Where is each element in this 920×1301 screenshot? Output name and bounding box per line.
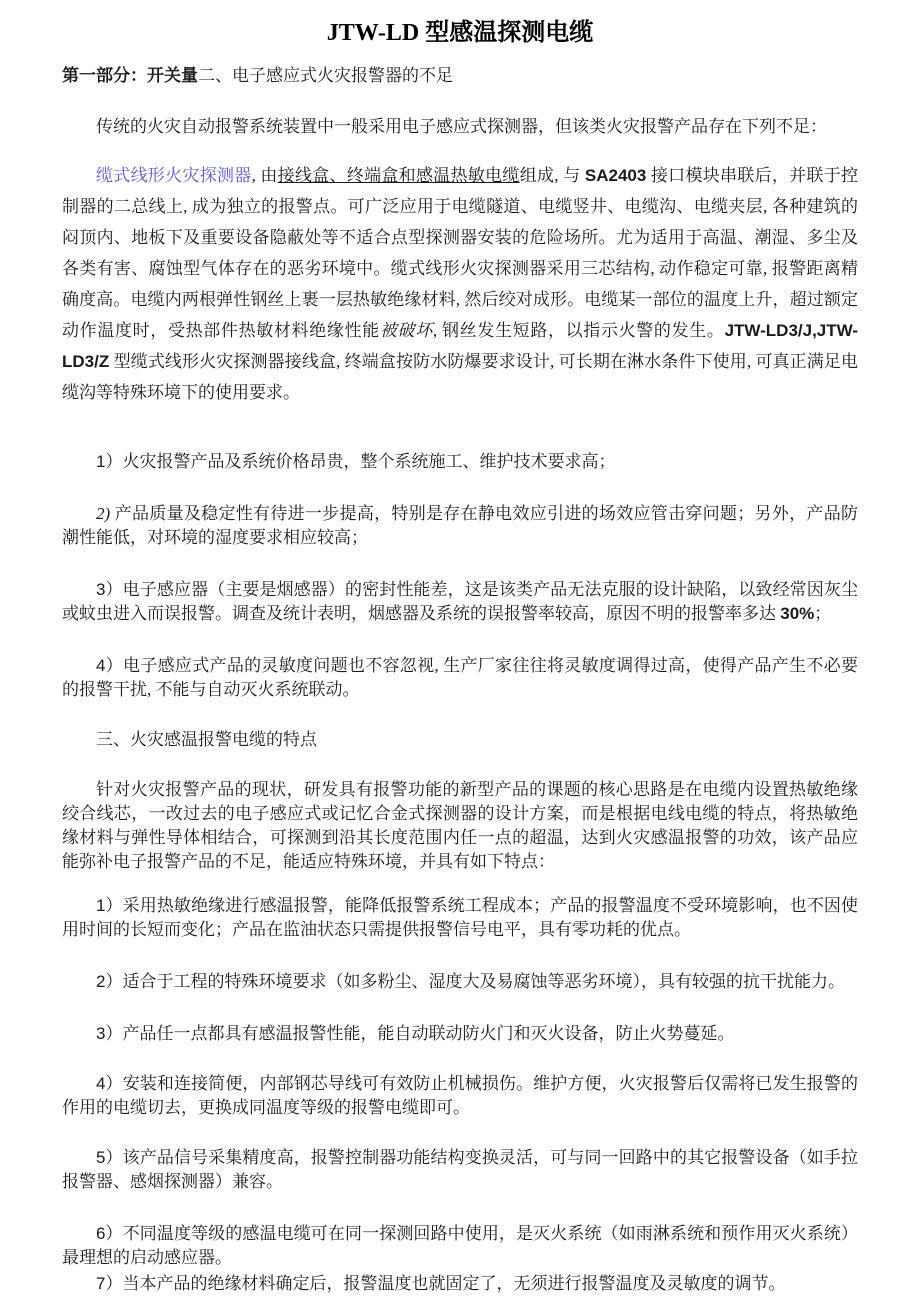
shortcoming-item-3: 3）电子感应器（主要是烟感器）的密封性能差，这是该类产品无法克服的设计缺陷，以致… [62,578,858,626]
shortcoming-item-4: 4）电子感应式产品的灵敏度问题也不容忽视, 生产厂家往往将灵敏度调得过高，使得产… [62,654,858,702]
feature-6-text: 不同温度等级的感温电缆可在同一探测回路中使用，是灭火系统（如雨淋系统和预作用灭火… [62,1224,858,1267]
section3-paragraph: 针对火灾报警产品的现状，研发具有报警功能的新型产品的课题的核心思路是在电缆内设置… [62,778,858,874]
feature-1-number: 1） [96,896,123,915]
shortcoming-2-text: 产品质量及稳定性有待进一步提高，特别是存在静电效应引进的场效应管击穿问题；另外，… [62,504,858,547]
part1-subheading: 二、电子感应式火灾报警器的不足 [198,66,453,85]
shortcoming-item-1: 1）火灾报警产品及系统价格昂贵，整个系统施工、维护技术要求高； [62,450,858,474]
feature-item-4: 4）安装和连接简便，内部钢芯导线可有效防止机械损伤。维护方便，火灾报警后仅需将已… [62,1072,858,1120]
feature-item-5: 5）该产品信号采集精度高，报警控制器功能结构变换灵活，可与同一回路中的其它报警设… [62,1146,858,1194]
feature-2-text: 适合于工程的特殊环境要求（如多粉尘、湿度大及易腐蚀等恶劣环境），具有较强的抗干扰… [122,972,845,991]
cable-detector-paragraph: 缆式线形火灾探测器, 由接线盒、终端盒和感温热敏电缆组成, 与 SA2403 接… [62,160,858,408]
feature-4-number: 4） [96,1074,123,1093]
feature-item-7: 7）当本产品的绝缘材料确定后，报警温度也就固定了，无须进行报警温度及灵敏度的调节… [62,1272,858,1296]
feature-6-number: 6） [96,1224,123,1243]
feature-3-text: 产品任一点都具有感温报警性能，能自动联动防火门和灭火设备，防止火势蔓延。 [122,1024,734,1043]
shortcoming-3-percentage: 30% [780,604,814,623]
damaged-italic-text: 被破坏 [380,321,433,340]
shortcoming-2-number: 2) [96,504,115,523]
feature-item-3: 3）产品任一点都具有感温报警性能，能自动联动防火门和灭火设备，防止火势蔓延。 [62,1022,858,1046]
interface-module-code: SA2403 [585,166,646,185]
cable-detector-link[interactable]: 缆式线形火灾探测器 [96,166,252,185]
cable-para-seg2: 组成, 与 [520,166,585,185]
cable-components-underlined: 接线盒、终端盒和感温热敏电缆 [278,166,520,185]
feature-7-number: 7） [96,1274,122,1293]
shortcoming-1-text: 火灾报警产品及系统价格昂贵，整个系统施工、维护技术要求高； [122,452,615,471]
section3-heading: 三、火灾感温报警电缆的特点 [62,728,858,752]
document-title: JTW-LD 型感温探测电缆 [62,18,858,48]
cable-para-seg4: , 钢丝发生短路，以指示火警的发生。 [433,321,725,340]
feature-3-number: 3） [96,1024,122,1043]
feature-4-text: 安装和连接简便，内部钢芯导线可有效防止机械损伤。维护方便，火灾报警后仅需将已发生… [62,1074,858,1117]
cable-para-seg5: 型缆式线形火灾探测器接线盒, 终端盒按防水防爆要求设计, 可长期在淋水条件下使用… [62,352,858,402]
document-page: JTW-LD 型感温探测电缆 第一部分：开关量二、电子感应式火灾报警器的不足 传… [0,0,920,1296]
shortcoming-4-text: 电子感应式产品的灵敏度问题也不容忽视, 生产厂家往往将灵敏度调得过高，使得产品产… [62,656,858,699]
shortcoming-item-2: 2) 产品质量及稳定性有待进一步提高，特别是存在静电效应引进的场效应管击穿问题；… [62,502,858,550]
part1-label: 第一部分：开关量 [62,66,198,85]
shortcoming-3-tail: ； [814,604,831,623]
shortcoming-3-text: 电子感应器（主要是烟感器）的密封性能差，这是该类产品无法克服的设计缺陷，以致经常… [62,580,858,623]
feature-item-2: 2）适合于工程的特殊环境要求（如多粉尘、湿度大及易腐蚀等恶劣环境），具有较强的抗… [62,970,858,994]
feature-item-1: 1）采用热敏绝缘进行感温报警，能降低报警系统工程成本；产品的报警温度不受环境影响… [62,894,858,942]
feature-item-6: 6）不同温度等级的感温电缆可在同一探测回路中使用，是灭火系统（如雨淋系统和预作用… [62,1222,858,1270]
feature-1-text: 采用热敏绝缘进行感温报警，能降低报警系统工程成本；产品的报警温度不受环境影响，也… [62,896,858,939]
shortcoming-3-number: 3） [96,580,123,599]
cable-para-seg3: 接口模块串联后，并联于控制器的二总线上, 成为独立的报警点。可广泛应用于电缆隧道… [62,166,858,340]
intro-paragraph: 传统的火灾自动报警系统装置中一般采用电子感应式探测器，但该类火灾报警产品存在下列… [62,112,858,142]
part1-heading: 第一部分：开关量二、电子感应式火灾报警器的不足 [62,64,858,88]
shortcoming-1-number: 1） [96,452,122,471]
feature-5-number: 5） [96,1148,123,1167]
feature-2-number: 2） [96,972,122,991]
shortcoming-4-number: 4） [96,656,123,675]
feature-7-text: 当本产品的绝缘材料确定后，报警温度也就固定了，无须进行报警温度及灵敏度的调节。 [122,1274,785,1293]
cable-para-seg1: , 由 [252,166,278,185]
feature-5-text: 该产品信号采集精度高，报警控制器功能结构变换灵活，可与同一回路中的其它报警设备（… [62,1148,858,1191]
